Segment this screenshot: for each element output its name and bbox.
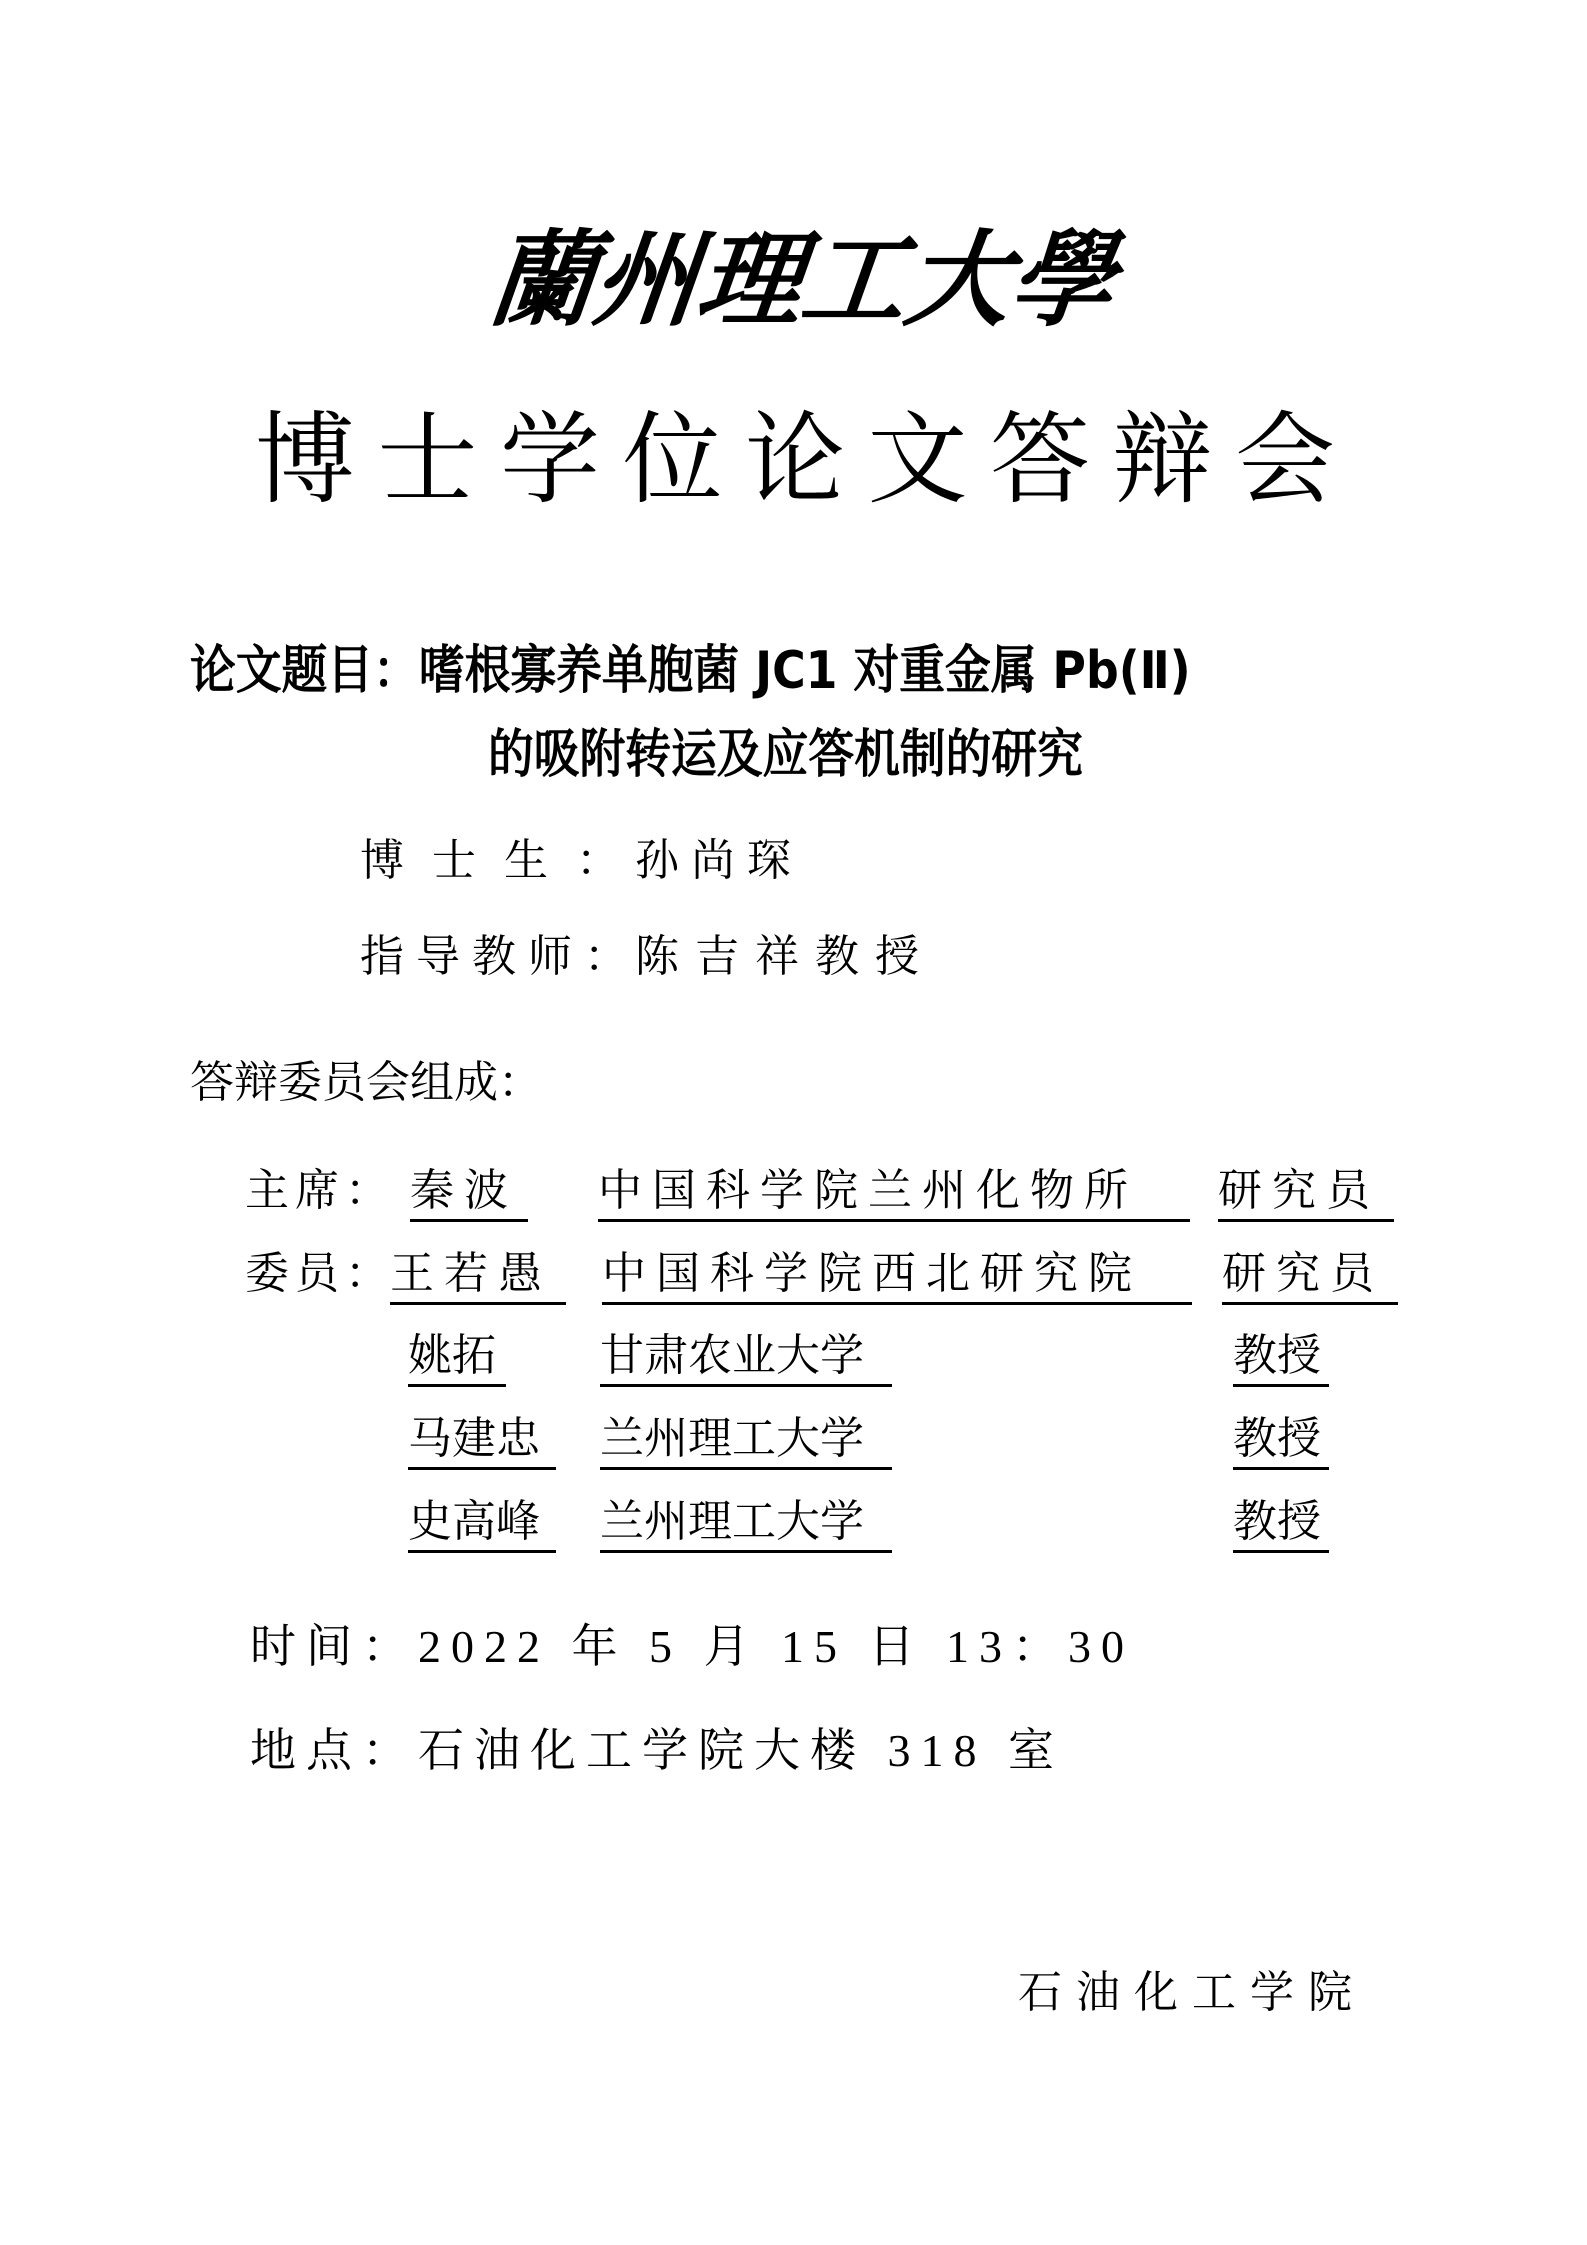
thesis-title-line2: 的吸附转运及应答机制的研究 — [488, 722, 1083, 788]
title-char: 论 — [745, 400, 845, 520]
logo-char: 蘭 — [485, 228, 600, 332]
committee-member-title: 研究员 — [1218, 1163, 1394, 1222]
defense-place: 地点：石油化工学院大楼 318 室 — [250, 1722, 1064, 1780]
logo-char: 工 — [797, 228, 912, 332]
title-char: 答 — [990, 400, 1090, 520]
committee-member-title: 研究员 — [1222, 1246, 1398, 1305]
logo-char: 學 — [1005, 228, 1120, 332]
thesis-label: 论文题目： — [190, 641, 419, 701]
committee-member-affiliation: 中国科学院西北研究院 — [602, 1246, 1192, 1305]
place-label: 地点： — [250, 1725, 418, 1776]
committee-member-name: 史高峰 — [408, 1494, 556, 1553]
title-char: 辩 — [1113, 400, 1213, 520]
committee-member-name: 姚拓 — [408, 1328, 506, 1387]
committee-heading: 答辩委员会组成： — [190, 1055, 542, 1111]
committee-member-name: 王若愚 — [390, 1246, 566, 1305]
committee-member-affiliation: 兰州理工大学 — [600, 1411, 892, 1470]
time-value: 2022 年 5 月 15 日 13：30 — [418, 1621, 1134, 1672]
logo-char: 州 — [589, 228, 704, 332]
organizer: 石油化工学院 — [1018, 1965, 1366, 2021]
committee-member-title: 教授 — [1233, 1328, 1329, 1387]
logo-char: 大 — [901, 228, 1016, 332]
title-char: 士 — [378, 400, 478, 520]
committee-role-member: 委员： — [245, 1246, 395, 1302]
committee-member-name: 秦波 — [410, 1163, 528, 1222]
title-char: 文 — [868, 400, 968, 520]
title-char: 会 — [1235, 400, 1335, 520]
university-logo: 蘭 州 理 工 大 學 — [483, 215, 1117, 345]
time-label: 时间： — [250, 1621, 418, 1672]
thesis-title-line1: 论文题目：嗜根寡养单胞菌 JC1 对重金属 Pb(Ⅱ) — [190, 638, 1191, 704]
logo-char: 理 — [693, 228, 808, 332]
committee-member-name: 马建忠 — [408, 1411, 556, 1470]
committee-member-title: 教授 — [1233, 1411, 1329, 1470]
page-title: 博 士 学 位 论 文 答 辩 会 — [255, 400, 1335, 520]
committee-member-affiliation: 甘肃农业大学 — [600, 1328, 892, 1387]
committee-member-affiliation: 中国科学院兰州化物所 — [598, 1163, 1190, 1222]
committee-member-affiliation: 兰州理工大学 — [600, 1494, 892, 1553]
committee-role-chair: 主席： — [245, 1163, 395, 1219]
committee-member-title: 教授 — [1233, 1494, 1329, 1553]
title-char: 博 — [255, 400, 355, 520]
place-value: 石油化工学院大楼 318 室 — [418, 1725, 1064, 1776]
advisor-name: 陈吉祥教授 — [635, 929, 935, 985]
candidate-name: 孙尚琛 — [635, 833, 803, 889]
defense-time: 时间：2022 年 5 月 15 日 13：30 — [250, 1618, 1134, 1676]
thesis-title-text: 嗜根寡养单胞菌 JC1 对重金属 Pb(Ⅱ) — [419, 641, 1191, 701]
candidate-label: 博士生： — [360, 833, 648, 889]
title-char: 位 — [623, 400, 723, 520]
title-char: 学 — [500, 400, 600, 520]
advisor-label: 指导教师： — [360, 929, 640, 985]
